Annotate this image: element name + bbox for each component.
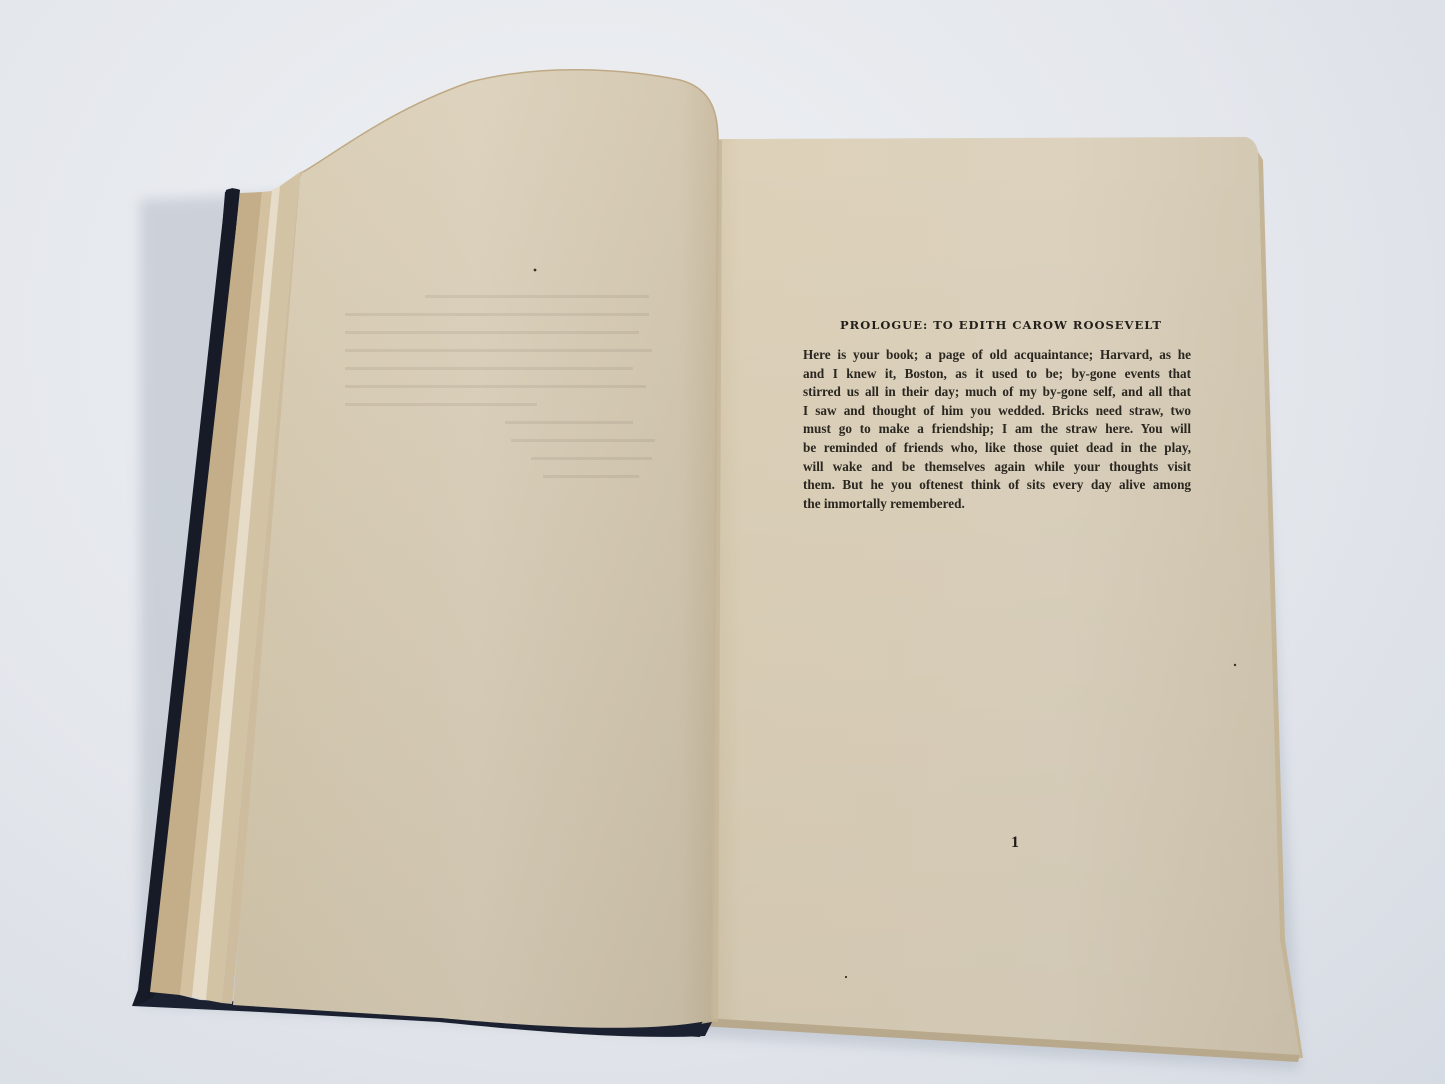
body-line: stirred us all in their day; much of my … [803, 383, 1191, 402]
body-line: them. But he you oftenest think of sits … [803, 476, 1191, 495]
page-number: 1 [1011, 834, 1019, 852]
body-line: Here is your book; a page of old acquain… [803, 346, 1191, 365]
photo-scene: PROLOGUE: TO EDITH CAROW ROOSEVELT Here … [0, 0, 1445, 1084]
body-line: the immortally remembered. [803, 495, 1191, 514]
right-page-text-block: PROLOGUE: TO EDITH CAROW ROOSEVELT Here … [803, 318, 1191, 513]
body-line: be reminded of friends who, like those q… [803, 439, 1191, 458]
body-line: will wake and be themselves again while … [803, 458, 1191, 477]
prologue-body: Here is your book; a page of old acquain… [803, 346, 1191, 513]
body-line: and I knew it, Boston, as it used to be;… [803, 365, 1191, 384]
prologue-heading: PROLOGUE: TO EDITH CAROW ROOSEVELT [803, 318, 1191, 332]
left-page-bleed-through [345, 295, 665, 493]
open-book [0, 0, 1445, 1084]
body-line: I saw and thought of him you wedded. Bri… [803, 402, 1191, 421]
body-line: must go to make a friendship; I am the s… [803, 420, 1191, 439]
